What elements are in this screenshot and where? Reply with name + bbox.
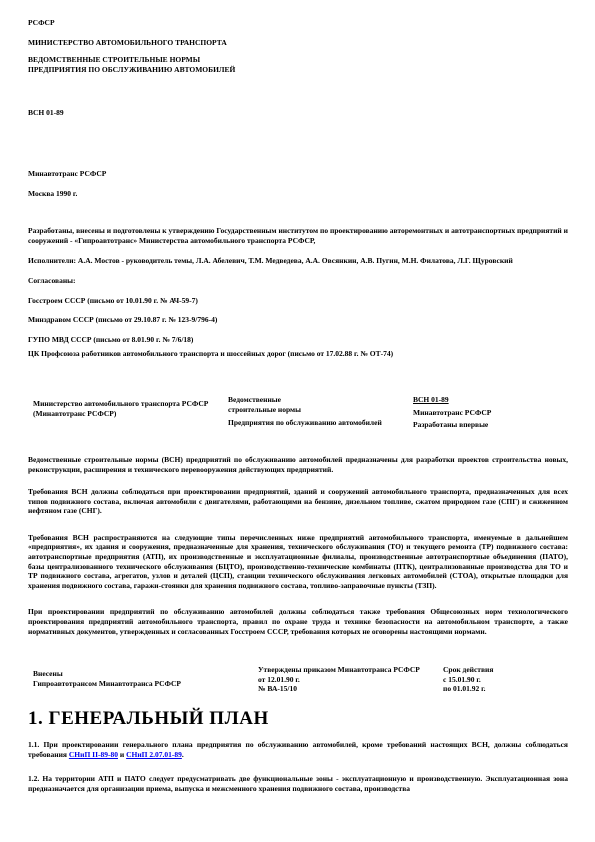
approval-approved-cell: Утверждены приказом Минавтотранса РСФСР … <box>258 665 443 694</box>
info-table-number-cell: ВСН 01-89 Минавтотранс РСФСР Разработаны… <box>413 395 568 433</box>
approval-approved-line1: Утверждены приказом Минавтотранса РСФСР <box>258 665 443 675</box>
document-page: РСФСР МИНИСТЕРСТВО АВТОМОБИЛЬНОГО ТРАНСП… <box>0 0 595 842</box>
approval-approved-line3: № ВА-15/10 <box>258 684 443 694</box>
agreement-item: Минздравом СССР (письмо от 29.10.87 г. №… <box>28 315 568 325</box>
snip-II-89-80-link[interactable]: СНиП II-89-80 <box>69 750 118 759</box>
approval-validity-from: с 15.01.90 г. <box>443 675 568 685</box>
paragraph-1-1: 1.1. При проектировании генерального пла… <box>28 740 568 759</box>
paragraph-executors: Исполнители: А.А. Мостов - руководитель … <box>28 256 568 266</box>
doc-title-line2: ПРЕДПРИЯТИЯ ПО ОБСЛУЖИВАНИЮ АВТОМОБИЛЕЙ <box>28 65 568 75</box>
doc-ministry: МИНИСТЕРСТВО АВТОМОБИЛЬНОГО ТРАНСПОРТА <box>28 38 568 48</box>
approval-validity-label: Срок действия <box>443 665 568 675</box>
info-table-norms-label: Ведомственные строительные нормы <box>228 395 328 414</box>
intro-paragraph: Требования ВСН распространяются на следу… <box>28 533 568 591</box>
intro-paragraph: При проектировании предприятий по обслуж… <box>28 607 568 636</box>
approval-approved-line2: от 12.01.90 г. <box>258 675 443 685</box>
approval-table: Внесены Гипроавтотрансом Минавтотранса Р… <box>28 665 568 694</box>
info-table-enterprises-label: Предприятия по обслуживанию автомобилей <box>228 418 413 428</box>
info-table-ministry-cell: Министерство автомобильного транспорта Р… <box>33 395 228 418</box>
snip-2-07-01-89-link[interactable]: СНиП 2.07.01-89 <box>126 750 182 759</box>
doc-title-line1: ВЕДОМСТВЕННЫЕ СТРОИТЕЛЬНЫЕ НОРМЫ <box>28 55 568 65</box>
info-table-norms-cell: Ведомственные строительные нормы Предпри… <box>228 395 413 428</box>
info-table: Министерство автомобильного транспорта Р… <box>28 395 568 447</box>
agreement-item: ЦК Профсоюза работников автомобильного т… <box>28 349 568 359</box>
paragraph-developed-by: Разработаны, внесены и подготовлены к ут… <box>28 226 568 245</box>
info-table-doc-number: ВСН 01-89 <box>413 395 568 405</box>
info-table-publisher: Минавтотранс РСФСР <box>413 408 568 418</box>
intro-paragraph: Ведомственные строительные нормы (ВСН) п… <box>28 455 568 474</box>
doc-number: ВСН 01-89 <box>28 108 568 118</box>
doc-title: ВЕДОМСТВЕННЫЕ СТРОИТЕЛЬНЫЕ НОРМЫ ПРЕДПРИ… <box>28 55 568 74</box>
paragraph-1-2: 1.2. На территории АТП и ПАТО следует пр… <box>28 774 568 793</box>
section-1-heading: 1. ГЕНЕРАЛЬНЫЙ ПЛАН <box>28 708 568 730</box>
approval-submitted-line2: Гипроавтотрансом Минавтотранса РСФСР <box>33 679 258 689</box>
agreement-item: ГУПО МВД СССР (письмо от 8.01.90 г. № 7/… <box>28 335 568 345</box>
info-table-first-issue: Разработаны впервые <box>413 420 568 430</box>
approval-validity-cell: Срок действия с 15.01.90 г. по 01.01.92 … <box>443 665 568 694</box>
agreed-label: Согласованы: <box>28 276 568 286</box>
doc-country: РСФСР <box>28 18 568 28</box>
doc-city-year: Москва 1990 г. <box>28 189 568 199</box>
agreement-item: Госстроем СССР (письмо от 10.01.90 г. № … <box>28 296 568 306</box>
approval-submitted-cell: Внесены Гипроавтотрансом Минавтотранса Р… <box>33 665 258 688</box>
approval-validity-to: по 01.01.92 г. <box>443 684 568 694</box>
intro-paragraph: Требования ВСН должны соблюдаться при пр… <box>28 487 568 516</box>
doc-publisher: Минавтотранс РСФСР <box>28 169 568 179</box>
paragraph-1-1-conjunction: и <box>118 750 126 759</box>
approval-submitted-line1: Внесены <box>33 669 258 679</box>
paragraph-1-1-suffix: . <box>182 750 184 759</box>
